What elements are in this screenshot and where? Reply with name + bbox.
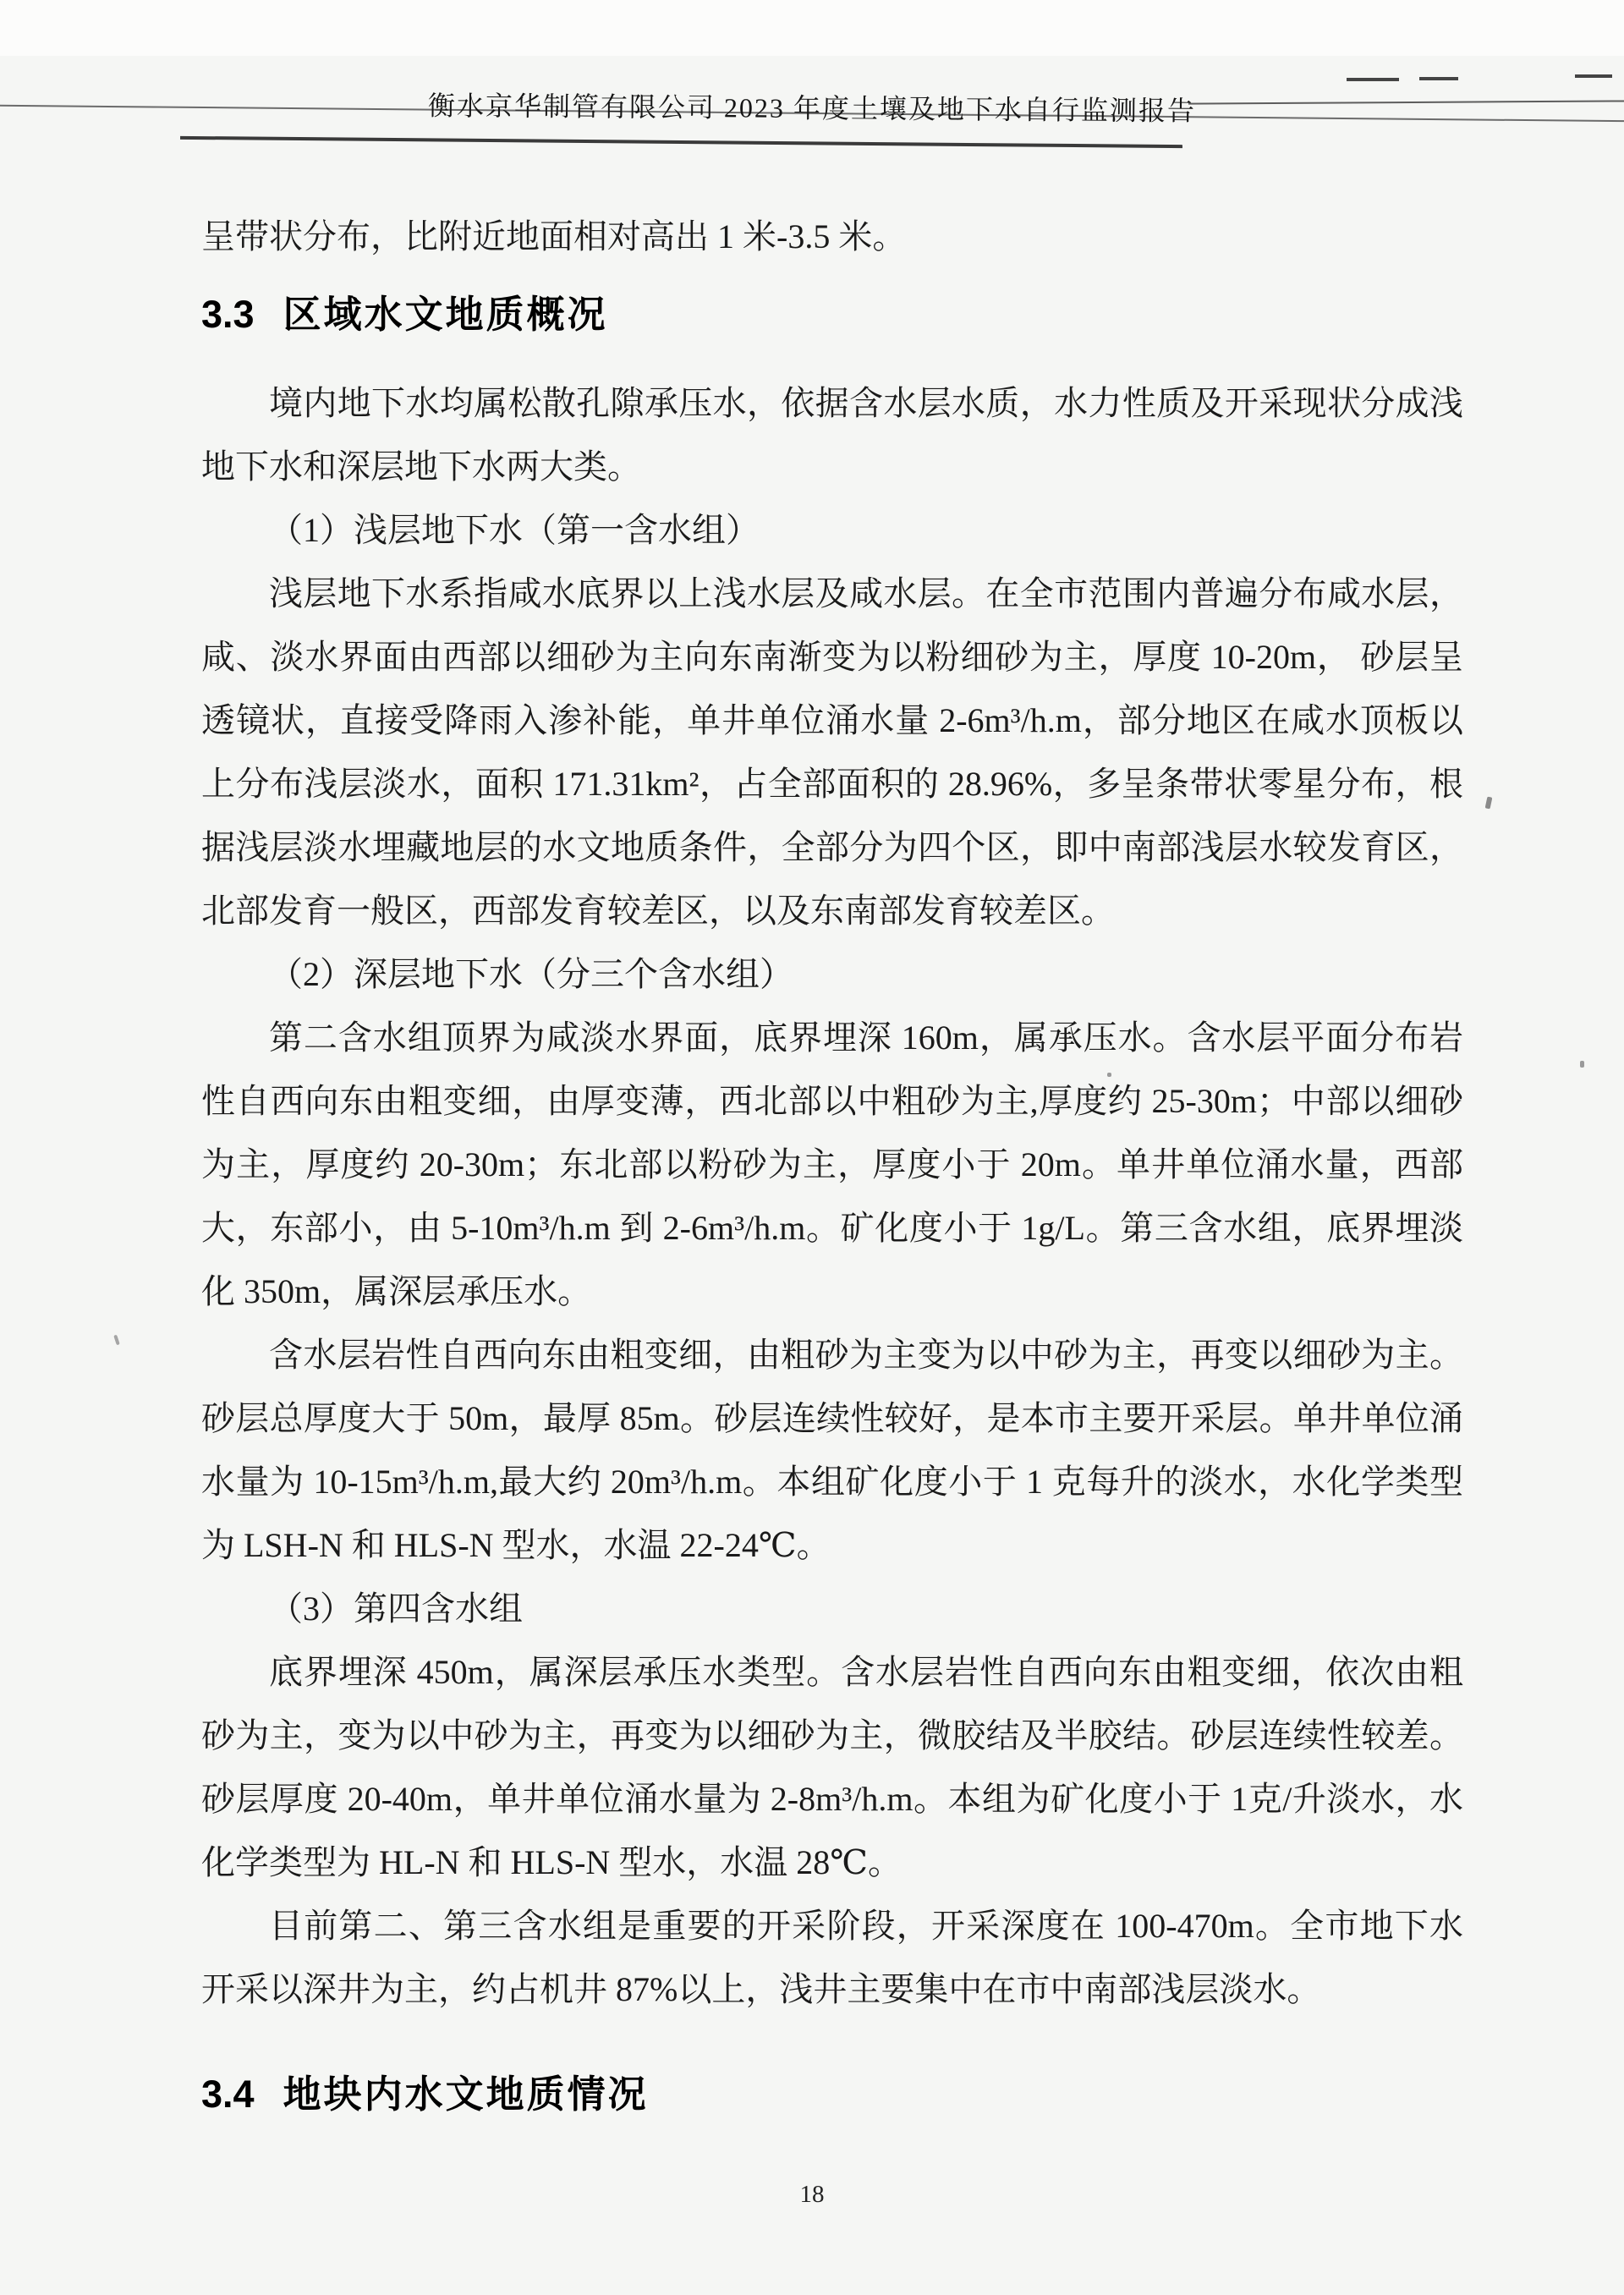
header-dash-mark — [1419, 77, 1458, 80]
section-number: 3.3 — [201, 293, 255, 336]
page-header-title: 衡水京华制管有限公司 2023 年度土壤及地下水自行监测报告 — [0, 81, 1624, 131]
page-number: 18 — [0, 2181, 1624, 2209]
section-title: 区域水文地质概况 — [283, 293, 608, 336]
header-dash-mark — [1575, 74, 1612, 78]
scan-speck — [1485, 797, 1493, 810]
scan-speck — [1580, 1061, 1584, 1068]
paragraph-fourth-aquifer: 底界埋深 450m，属深层承压水类型。含水层岩性自西向东由粗变细，依次由粗砂为主… — [201, 1640, 1463, 1894]
header-rule-underline — [180, 136, 1182, 148]
list-item-3-heading: （3）第四含水组 — [201, 1577, 1463, 1640]
list-item-2-heading: （2）深层地下水（分三个含水组） — [201, 942, 1463, 1006]
section-number: 3.4 — [201, 2073, 255, 2116]
paragraph-second-aquifer: 第二含水组顶界为咸淡水界面，底界埋深 160m，属承压水。含水层平面分布岩性自西… — [201, 1006, 1463, 1323]
section-heading-3-4: 3.4地块内水文地质情况 — [201, 2021, 1463, 2119]
scanned-report-page: 衡水京华制管有限公司 2023 年度土壤及地下水自行监测报告 呈带状分布，比附近… — [0, 0, 1624, 2295]
list-item-1-heading: （1）浅层地下水（第一含水组） — [201, 498, 1463, 562]
paragraph-shallow-groundwater: 浅层地下水系指咸水底界以上浅水层及咸水层。在全市范围内普遍分布咸水层，咸、淡水界… — [201, 562, 1463, 942]
paragraph-overview: 境内地下水均属松散孔隙承压水，依据含水层水质，水力性质及开采现状分成浅地下水和深… — [201, 371, 1463, 498]
document-body: 呈带状分布，比附近地面相对高出 1 米-3.5 米。 3.3区域水文地质概况 境… — [201, 205, 1463, 2119]
section-title: 地块内水文地质情况 — [283, 2073, 649, 2116]
section-heading-3-3: 3.3区域水文地质概况 — [201, 268, 1463, 371]
scan-speck — [1107, 1073, 1111, 1077]
scan-speck — [113, 1335, 120, 1346]
paragraph-continuation: 呈带状分布，比附近地面相对高出 1 米-3.5 米。 — [201, 205, 1463, 268]
header-dash-mark — [1347, 78, 1399, 81]
paragraph-third-aquifer: 含水层岩性自西向东由粗变细，由粗砂为主变为以中砂为主，再变以细砂为主。砂层总厚度… — [201, 1323, 1463, 1577]
scan-top-margin — [0, 0, 1624, 56]
paragraph-exploitation: 目前第二、第三含水组是重要的开采阶段，开采深度在 100-470m。全市地下水开… — [201, 1894, 1463, 2021]
